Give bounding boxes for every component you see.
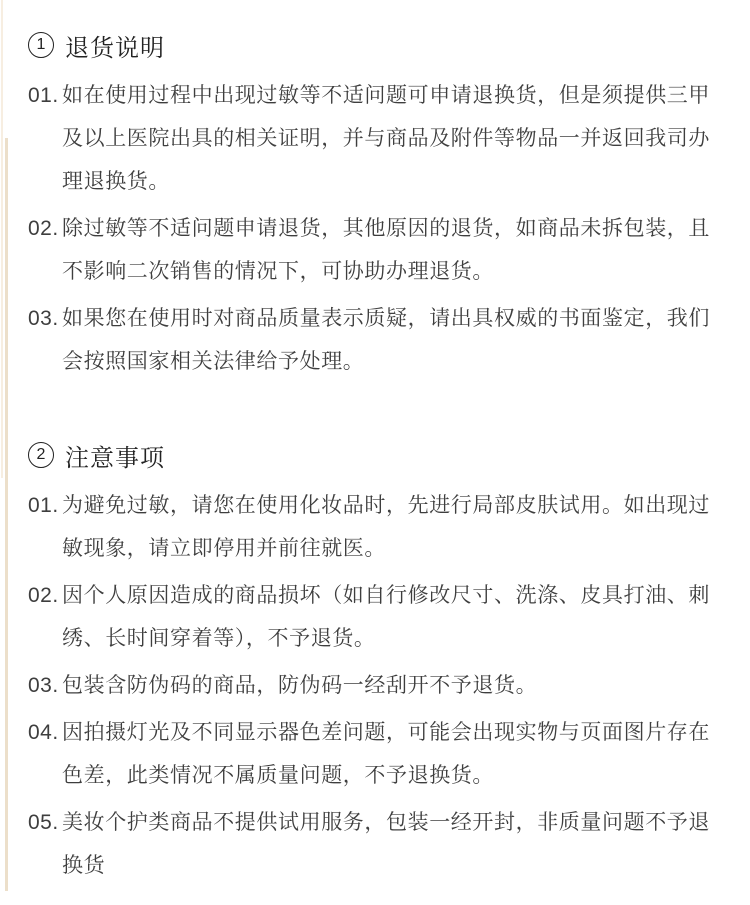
item-number: 05. <box>28 801 62 844</box>
item-text: 如在使用过程中出现过敏等不适问题可申请退换货，但是须提供三甲 及以上医院出具的相… <box>62 74 724 203</box>
section-heading: 2 注意事项 <box>28 440 724 470</box>
policy-item: 04. 因拍摄灯光及不同显示器色差问题，可能会出现实物与页面图片存在 色差，此类… <box>28 711 724 797</box>
left-edge-line-top <box>1 0 3 478</box>
policy-item: 02. 因个人原因造成的商品损坏（如自行修改尺寸、洗涤、皮具打油、刺 绣、长时间… <box>28 574 724 660</box>
item-text: 为避免过敏，请您在使用化妆品时，先进行局部皮肤试用。如出现过 敏现象，请立即停用… <box>62 484 724 570</box>
section-return-instructions: 1 退货说明 01. 如在使用过程中出现过敏等不适问题可申请退换货，但是须提供三… <box>28 30 724 383</box>
policy-item: 05. 美妆个护类商品不提供试用服务，包装一经开封，非质量问题不予退 换货 <box>28 801 724 887</box>
policy-item: 01. 为避免过敏，请您在使用化妆品时，先进行局部皮肤试用。如出现过 敏现象，请… <box>28 484 724 570</box>
circled-number-icon: 2 <box>28 442 54 468</box>
item-text: 因个人原因造成的商品损坏（如自行修改尺寸、洗涤、皮具打油、刺 绣、长时间穿着等）… <box>62 574 724 660</box>
policy-item: 03. 如果您在使用时对商品质量表示质疑，请出具权威的书面鉴定，我们 会按照国家… <box>28 297 724 383</box>
item-number: 02. <box>28 207 62 250</box>
item-number: 03. <box>28 664 62 707</box>
item-text: 因拍摄灯光及不同显示器色差问题，可能会出现实物与页面图片存在 色差，此类情况不属… <box>62 711 724 797</box>
circled-number-icon: 1 <box>28 32 54 58</box>
section-notices: 2 注意事项 01. 为避免过敏，请您在使用化妆品时，先进行局部皮肤试用。如出现… <box>28 440 724 887</box>
section-title: 注意事项 <box>65 438 165 473</box>
section-title: 退货说明 <box>65 28 165 63</box>
policy-list: 01. 为避免过敏，请您在使用化妆品时，先进行局部皮肤试用。如出现过 敏现象，请… <box>28 484 724 887</box>
section-heading: 1 退货说明 <box>28 30 724 60</box>
item-number: 01. <box>28 74 62 117</box>
policy-list: 01. 如在使用过程中出现过敏等不适问题可申请退换货，但是须提供三甲 及以上医院… <box>28 74 724 383</box>
policy-item: 01. 如在使用过程中出现过敏等不适问题可申请退换货，但是须提供三甲 及以上医院… <box>28 74 724 203</box>
item-number: 01. <box>28 484 62 527</box>
policy-item: 02. 除过敏等不适问题申请退货，其他原因的退货，如商品未拆包装，且 不影响二次… <box>28 207 724 293</box>
item-text: 如果您在使用时对商品质量表示质疑，请出具权威的书面鉴定，我们 会按照国家相关法律… <box>62 297 724 383</box>
item-text: 除过敏等不适问题申请退货，其他原因的退货，如商品未拆包装，且 不影响二次销售的情… <box>62 207 724 293</box>
item-text: 美妆个护类商品不提供试用服务，包装一经开封，非质量问题不予退 换货 <box>62 801 724 887</box>
item-number: 02. <box>28 574 62 617</box>
left-edge-line-main <box>5 138 8 891</box>
return-policy-page: 1 退货说明 01. 如在使用过程中出现过敏等不适问题可申请退换货，但是须提供三… <box>0 0 750 905</box>
item-number: 04. <box>28 711 62 754</box>
item-number: 03. <box>28 297 62 340</box>
policy-item: 03. 包装含防伪码的商品，防伪码一经刮开不予退货。 <box>28 664 724 707</box>
item-text: 包装含防伪码的商品，防伪码一经刮开不予退货。 <box>62 664 724 707</box>
